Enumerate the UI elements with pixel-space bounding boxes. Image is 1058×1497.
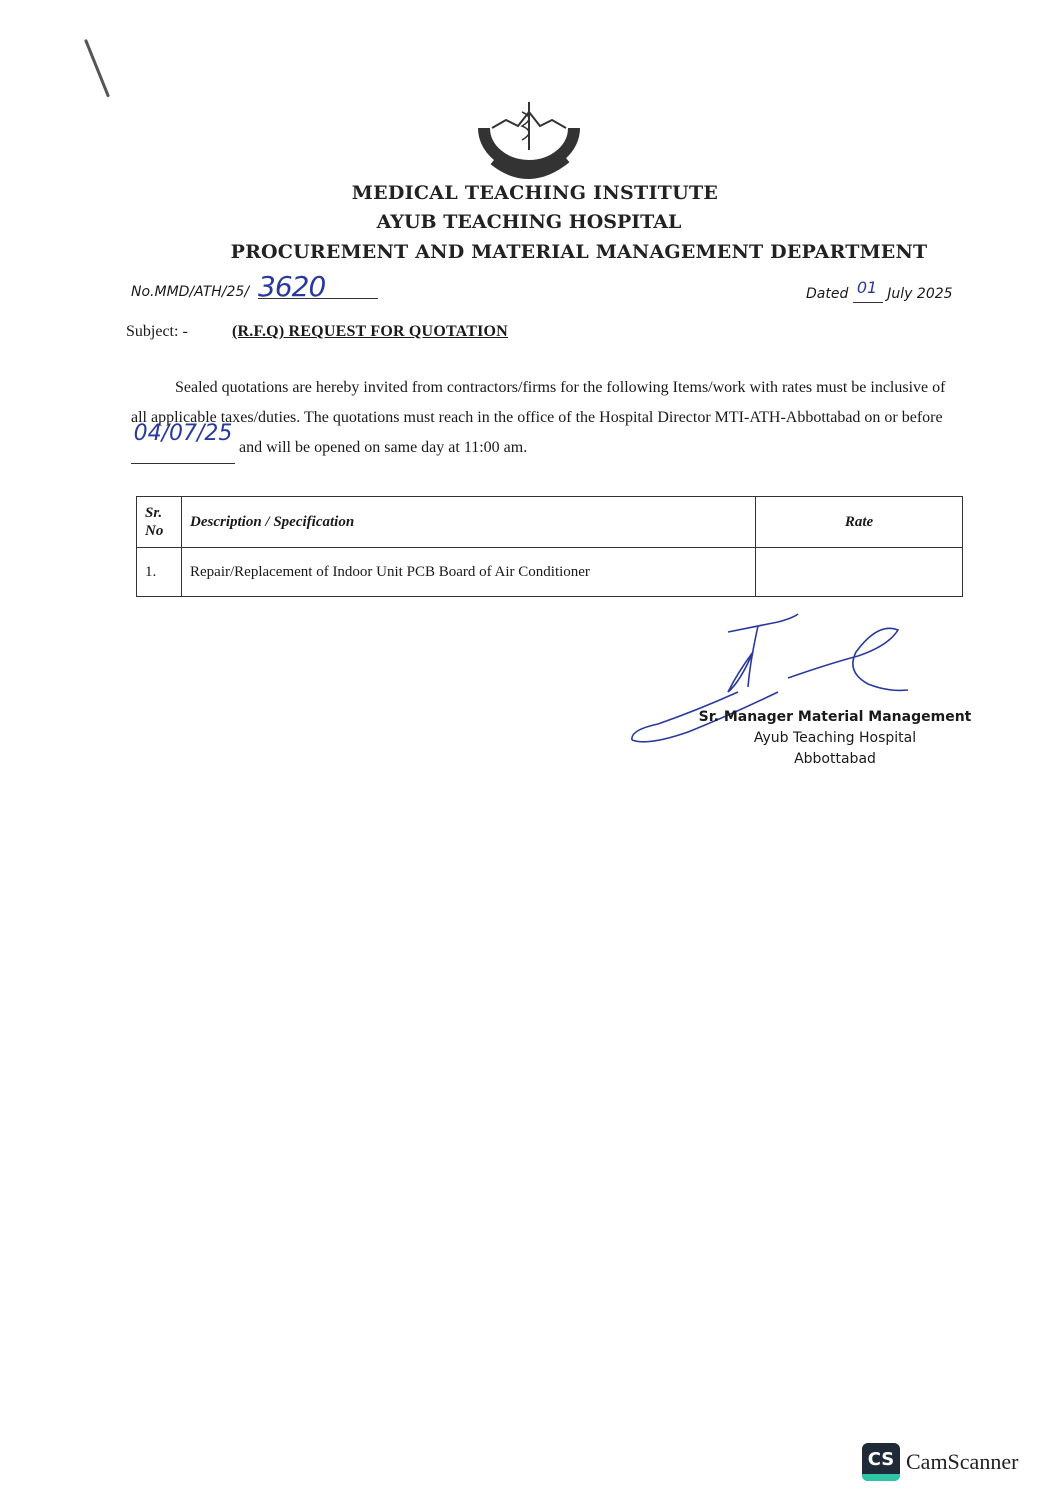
camscanner-icon: CS [862, 1443, 900, 1481]
header-department: PROCUREMENT AND MATERIAL MANAGEMENT DEPA… [0, 241, 1058, 263]
date-day-handwritten: 01 [857, 278, 877, 297]
table-row: 1. Repair/Replacement of Indoor Unit PCB… [137, 548, 963, 597]
date-label: Dated [806, 286, 848, 302]
signatory-title: Sr. Manager Material Management [690, 707, 980, 728]
date-line: Dated 01 July 2025 [806, 286, 953, 303]
body-paragraph: Sealed quotations are hereby invited fro… [131, 373, 951, 464]
date-month: July [887, 286, 912, 302]
subject-label: Subject: - [126, 323, 188, 341]
table-header-row: Sr. No Description / Specification Rate [137, 497, 963, 548]
reference-underline [258, 298, 378, 299]
subject-text: (R.F.Q) REQUEST FOR QUOTATION [232, 323, 508, 341]
date-year: 2025 [917, 286, 953, 302]
signatory-org: Ayub Teaching Hospital [690, 728, 980, 749]
reference-prefix: No.MMD/ATH/25/ [131, 284, 249, 300]
signatory-city: Abbottabad [690, 749, 980, 770]
date-day-field: 01 [853, 286, 883, 303]
body-text-part1: Sealed quotations are hereby invited fro… [131, 379, 945, 426]
deadline-handwritten: 04/07/25 [131, 419, 235, 449]
cell-sr: 1. [137, 548, 182, 597]
cell-description: Repair/Replacement of Indoor Unit PCB Bo… [182, 548, 756, 597]
hospital-logo-icon [474, 98, 584, 182]
body-text-part2: and will be opened on same day at 11:00 … [235, 439, 527, 456]
camscanner-label: CamScanner [906, 1449, 1018, 1475]
header-sr-no: Sr. No [137, 497, 182, 548]
header-description: Description / Specification [182, 497, 756, 548]
signature-block: Sr. Manager Material Management Ayub Tea… [690, 707, 980, 770]
deadline-field: 04/07/25 [131, 433, 235, 464]
pen-mark [84, 39, 110, 98]
items-table: Sr. No Description / Specification Rate … [136, 496, 963, 597]
camscanner-watermark: CS CamScanner [862, 1443, 1018, 1481]
header-hospital: AYUB TEACHING HOSPITAL [0, 211, 1058, 233]
cell-rate [756, 548, 963, 597]
header-rate: Rate [756, 497, 963, 548]
header-institute: MEDICAL TEACHING INSTITUTE [0, 182, 1058, 204]
